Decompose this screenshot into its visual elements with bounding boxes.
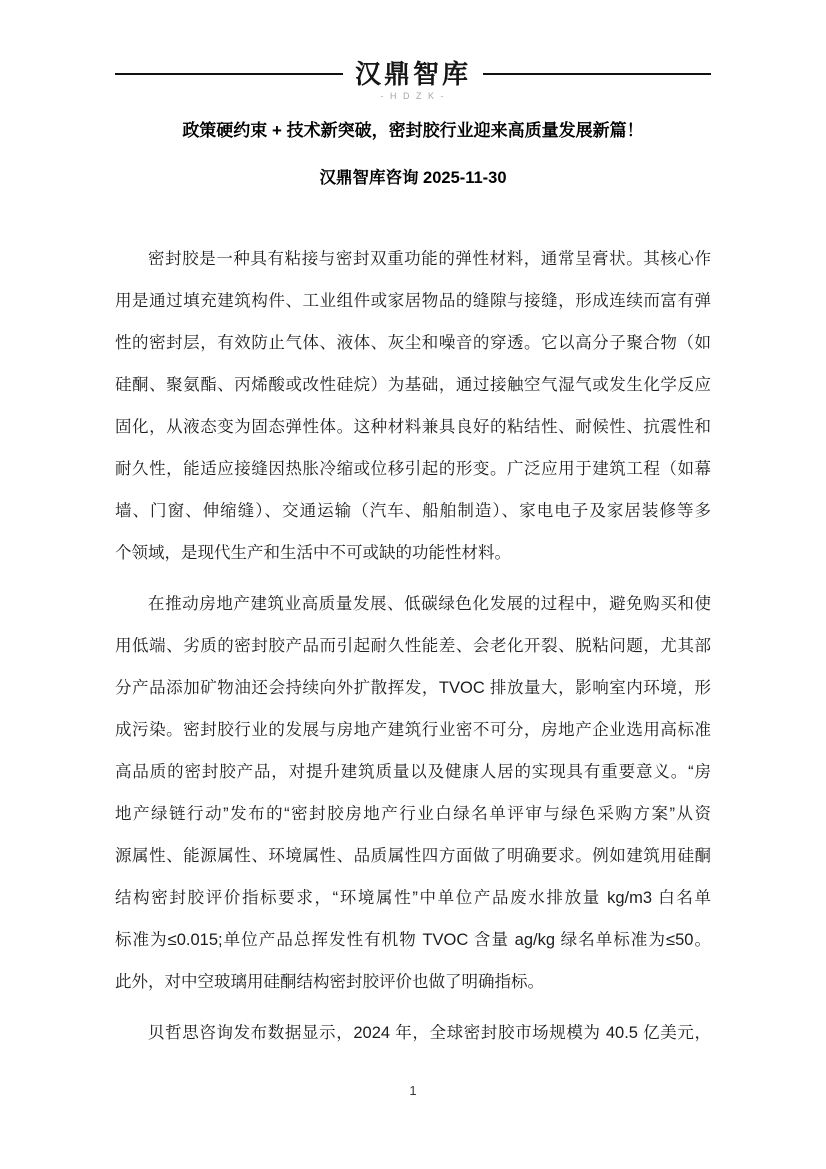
text-line: 用是通过填充建筑构件、工业组件或家居物品的缝隙与接缝，形成连续而富有弹 (115, 280, 711, 322)
text-line: 用低端、劣质的密封胶产品而引起耐久性能差、会老化开裂、脱粘问题，尤其部 (115, 625, 711, 667)
text-line: 成污染。密封胶行业的发展与房地产建筑行业密不可分，房地产企业选用高标准 (115, 709, 711, 751)
text-line: 分产品添加矿物油还会持续向外扩散挥发，TVOC 排放量大，影响室内环境，形 (115, 667, 711, 709)
paragraph: 贝哲思咨询发布数据显示，2024 年，全球密封胶市场规模为 40.5 亿美元， (115, 1012, 711, 1054)
article-byline: 汉鼎智库咨询 2025-11-30 (115, 165, 711, 191)
text-line: 地产绿链行动”发布的“密封胶房地产行业白绿名单评审与绿色采购方案”从资 (115, 793, 711, 835)
text-line: 高品质的密封胶产品，对提升建筑质量以及健康人居的实现具有重要意义。“房 (115, 751, 711, 793)
paragraph: 密封胶是一种具有粘接与密封双重功能的弹性材料，通常呈膏状。其核心作用是通过填充建… (115, 238, 711, 574)
text-line: 此外，对中空玻璃用硅酮结构密封胶评价也做了明确指标。 (115, 961, 711, 1003)
paragraph: 在推动房地产建筑业高质量发展、低碳绿色化发展的过程中，避免购买和使用低端、劣质的… (115, 583, 711, 1003)
text-line: 贝哲思咨询发布数据显示，2024 年，全球密封胶市场规模为 40.5 亿美元， (115, 1012, 711, 1054)
article-body: 密封胶是一种具有粘接与密封双重功能的弹性材料，通常呈膏状。其核心作用是通过填充建… (115, 238, 711, 1054)
header-rule-left (115, 73, 343, 75)
text-line: 结构密封胶评价指标要求，“环境属性”中单位产品废水排放量 kg/m3 白名单 (115, 877, 711, 919)
text-line: 个领域，是现代生产和生活中不可或缺的功能性材料。 (115, 532, 711, 574)
text-line: 固化，从液态变为固态弹性体。这种材料兼具良好的粘结性、耐候性、抗震性和 (115, 406, 711, 448)
header-rule-right (483, 73, 711, 75)
text-line: 性的密封层，有效防止气体、液体、灰尘和噪音的穿透。它以高分子聚合物（如 (115, 322, 711, 364)
text-line: 耐久性，能适应接缝因热胀冷缩或位移引起的形变。广泛应用于建筑工程（如幕 (115, 448, 711, 490)
text-line: 在推动房地产建筑业高质量发展、低碳绿色化发展的过程中，避免购买和使 (115, 583, 711, 625)
page-header: 汉鼎智库 - H D Z K - (115, 0, 711, 103)
text-line: 墙、门窗、伸缩缝）、交通运输（汽车、船舶制造）、家电电子及家居装修等多 (115, 490, 711, 532)
logo-text: 汉鼎智库 (343, 59, 483, 89)
article-title: 政策硬约束 + 技术新突破，密封胶行业迎来高质量发展新篇！ (115, 118, 711, 144)
logo-subtext: - H D Z K - (115, 89, 711, 103)
text-line: 硅酮、聚氨酯、丙烯酸或改性硅烷）为基础，通过接触空气湿气或发生化学反应 (115, 364, 711, 406)
document-page: 汉鼎智库 - H D Z K - 政策硬约束 + 技术新突破，密封胶行业迎来高质… (0, 0, 826, 1169)
logo-row: 汉鼎智库 (115, 59, 711, 89)
text-line: 密封胶是一种具有粘接与密封双重功能的弹性材料，通常呈膏状。其核心作 (115, 238, 711, 280)
text-line: 源属性、能源属性、环境属性、品质属性四方面做了明确要求。例如建筑用硅酮 (115, 835, 711, 877)
page-number: 1 (0, 1082, 826, 1100)
text-line: 标准为≤0.015;单位产品总挥发性有机物 TVOC 含量 ag/kg 绿名单标… (115, 919, 711, 961)
